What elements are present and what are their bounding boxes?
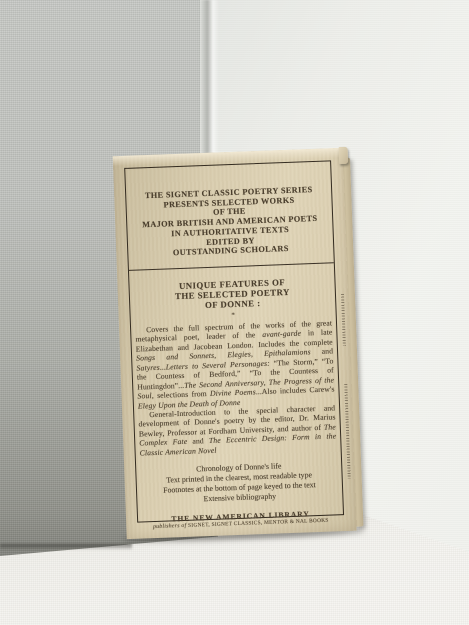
features-list: Chronology of Donne's lifeText printed i… xyxy=(136,459,342,506)
photo-scene: THE SIGNET CLASSIC POETRY SERIESPRESENTS… xyxy=(0,0,469,625)
cover-border-frame: THE SIGNET CLASSIC POETRY SERIESPRESENTS… xyxy=(124,160,344,522)
publisher-block: THE NEW AMERICAN LIBRARY publishers of S… xyxy=(138,508,343,532)
cover-content: THE SIGNET CLASSIC POETRY SERIESPRESENTS… xyxy=(125,161,343,521)
description-paragraph: General-Introduction to the special char… xyxy=(138,403,337,457)
series-header: THE SIGNET CLASSIC POETRY SERIESPRESENTS… xyxy=(126,184,333,259)
bent-corner-chip xyxy=(339,147,349,164)
edge-microtext-upper xyxy=(341,294,346,346)
paperback-book-back-cover: THE SIGNET CLASSIC POETRY SERIESPRESENTS… xyxy=(113,148,357,539)
book-cover: THE SIGNET CLASSIC POETRY SERIESPRESENTS… xyxy=(113,148,357,539)
description-paragraph: Covers the full spectrum of the works of… xyxy=(135,318,335,410)
edge-microtext-lower xyxy=(344,384,350,479)
features-heading: UNIQUE FEATURES OFTHE SELECTED POETRYOF … xyxy=(129,275,335,312)
divider-rule xyxy=(129,262,334,271)
wall-base-shadow xyxy=(0,544,132,550)
description-block: Covers the full spectrum of the works of… xyxy=(135,318,337,457)
